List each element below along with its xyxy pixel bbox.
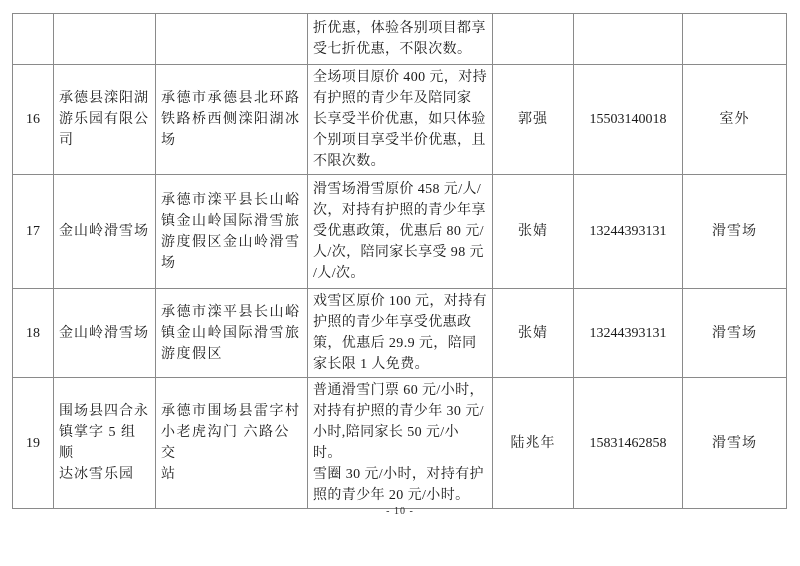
table-row: 17 金山岭滑雪场 承德市滦平县长山峪 镇金山岭国际滑雪旅 游度假区金山岭滑雪 … xyxy=(13,175,787,289)
cell-venue-type: 室外 xyxy=(683,65,787,175)
table-row: 19 围场县四合永 镇掌字 5 组顺 达冰雪乐园 承德市围场县雷字村 小老虎沟门… xyxy=(13,378,787,509)
cell-contact-person: 陆兆年 xyxy=(493,378,574,509)
cell-venue-name: 金山岭滑雪场 xyxy=(54,175,156,289)
cell-venue-name: 围场县四合永 镇掌字 5 组顺 达冰雪乐园 xyxy=(54,378,156,509)
cell-contact-person xyxy=(493,14,574,65)
cell-address: 承德市承德县北环路 铁路桥西侧滦阳湖冰 场 xyxy=(156,65,308,175)
venues-table: 折优惠，体验各别项目都享 受七折优惠，不限次数。 16 承德县滦阳湖 游乐园有限… xyxy=(12,13,787,509)
cell-phone-number: 15503140018 xyxy=(574,65,683,175)
page-number: - 10 - xyxy=(0,506,800,517)
cell-discount-info: 戏雪区原价 100 元，对持有 护照的青少年享受优惠政 策，优惠后 29.9 元… xyxy=(308,289,493,378)
cell-phone-number xyxy=(574,14,683,65)
cell-phone-number: 15831462858 xyxy=(574,378,683,509)
cell-phone-number: 13244393131 xyxy=(574,175,683,289)
cell-row-number: 19 xyxy=(13,378,54,509)
cell-contact-person: 张婧 xyxy=(493,175,574,289)
cell-venue-name: 金山岭滑雪场 xyxy=(54,289,156,378)
cell-row-number: 18 xyxy=(13,289,54,378)
table-row: 18 金山岭滑雪场 承德市滦平县长山峪 镇金山岭国际滑雪旅 游度假区 戏雪区原价… xyxy=(13,289,787,378)
cell-venue-type: 滑雪场 xyxy=(683,378,787,509)
cell-row-number xyxy=(13,14,54,65)
cell-venue-name: 承德县滦阳湖 游乐园有限公 司 xyxy=(54,65,156,175)
cell-contact-person: 张婧 xyxy=(493,289,574,378)
cell-address xyxy=(156,14,308,65)
cell-address: 承德市滦平县长山峪 镇金山岭国际滑雪旅 游度假区 xyxy=(156,289,308,378)
cell-discount-info: 滑雪场滑雪原价 458 元/人/ 次，对持有护照的青少年享 受优惠政策，优惠后 … xyxy=(308,175,493,289)
table-row-continuation: 折优惠，体验各别项目都享 受七折优惠，不限次数。 xyxy=(13,14,787,65)
cell-row-number: 16 xyxy=(13,65,54,175)
cell-address: 承德市滦平县长山峪 镇金山岭国际滑雪旅 游度假区金山岭滑雪 场 xyxy=(156,175,308,289)
cell-row-number: 17 xyxy=(13,175,54,289)
cell-venue-type: 滑雪场 xyxy=(683,175,787,289)
cell-venue-name xyxy=(54,14,156,65)
cell-discount-info: 普通滑雪门票 60 元/小时， 对持有护照的青少年 30 元/ 小时,陪同家长 … xyxy=(308,378,493,509)
cell-address: 承德市围场县雷字村 小老虎沟门 六路公交 站 xyxy=(156,378,308,509)
cell-discount-info: 全场项目原价 400 元，对持 有护照的青少年及陪同家 长享受半价优惠，如只体验… xyxy=(308,65,493,175)
table-row: 16 承德县滦阳湖 游乐园有限公 司 承德市承德县北环路 铁路桥西侧滦阳湖冰 场… xyxy=(13,65,787,175)
cell-venue-type xyxy=(683,14,787,65)
document-page: 折优惠，体验各别项目都享 受七折优惠，不限次数。 16 承德县滦阳湖 游乐园有限… xyxy=(0,0,800,566)
cell-venue-type: 滑雪场 xyxy=(683,289,787,378)
cell-phone-number: 13244393131 xyxy=(574,289,683,378)
cell-contact-person: 郭强 xyxy=(493,65,574,175)
cell-discount-info: 折优惠，体验各别项目都享 受七折优惠，不限次数。 xyxy=(308,14,493,65)
